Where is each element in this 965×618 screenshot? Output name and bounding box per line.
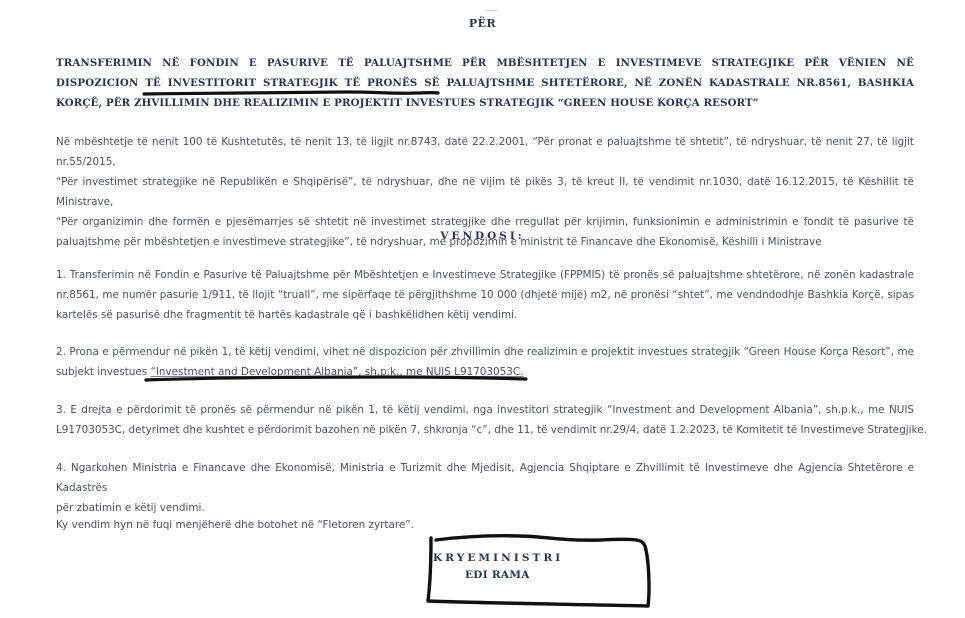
decision-item-2: 2. Prona e përmendur në pikën 1, të këti… [56,342,914,382]
signature-name: EDI RAMA [465,569,563,581]
item-line: subjekt investues “Investment and Develo… [56,362,914,382]
investor-name-link[interactable]: “Investment and Development Albania”, sh… [150,366,523,378]
decision-item-4: 4. Ngarkohen Ministria e Financave dhe E… [56,458,914,518]
decision-document: PËR TRANSFERIMIN NË FONDIN E PASURIVE TË… [0,0,965,618]
decision-title: TRANSFERIMIN NË FONDIN E PASURIVE TË PAL… [56,53,914,113]
item-line: 3. E drejta e përdorimit të pronës së pë… [56,400,914,420]
decision-item-1: 1. Transferimin në Fondin e Pasurive të … [56,265,914,325]
decision-item-3: 3. E drejta e përdorimit të pronës së pë… [56,400,914,440]
preamble-line: “Për investimet strategjike në Republikë… [56,172,914,212]
item-line: kartelës së pasurisë dhe fragmentit të h… [56,305,914,325]
signature-title: KRYEMINISTRI [433,552,563,564]
item-line: 4. Ngarkohen Ministria e Financave dhe E… [56,458,914,498]
preamble-line: Në mbështetje të nenit 100 të Kushtetutë… [56,132,914,172]
item-line: L91703053C, detyrimet dhe kushtet e përd… [56,420,914,440]
closing-line: Ky vendim hyn në fuqi menjëherë dhe boto… [56,515,914,535]
title-line-1: TRANSFERIMIN NË FONDIN E PASURIVE TË PAL… [56,53,914,73]
item-line: 2. Prona e përmendur në pikën 1, të këti… [56,342,914,362]
decides-heading: VENDOSI: [0,230,965,242]
item-line: 1. Transferimin në Fondin e Pasurive të … [56,265,914,285]
top-divider [484,10,498,11]
item-line-prefix: subjekt investues [56,366,150,378]
preamble-line: “Për organizimin dhe formën e pjesëmarrj… [56,212,914,232]
document-heading: PËR [0,17,965,30]
closing-statement: Ky vendim hyn në fuqi menjëherë dhe boto… [56,515,914,535]
item-line: nr.8561, me numër pasurie 1/911, të lloj… [56,285,914,305]
title-line-2: DISPOZICION TË INVESTITORIT STRATEGJIK T… [56,73,914,93]
signature-block: KRYEMINISTRI EDI RAMA [433,552,563,581]
title-line-3: KORÇË, PËR ZHVILLIMIN DHE REALIZIMIN E P… [56,93,914,113]
